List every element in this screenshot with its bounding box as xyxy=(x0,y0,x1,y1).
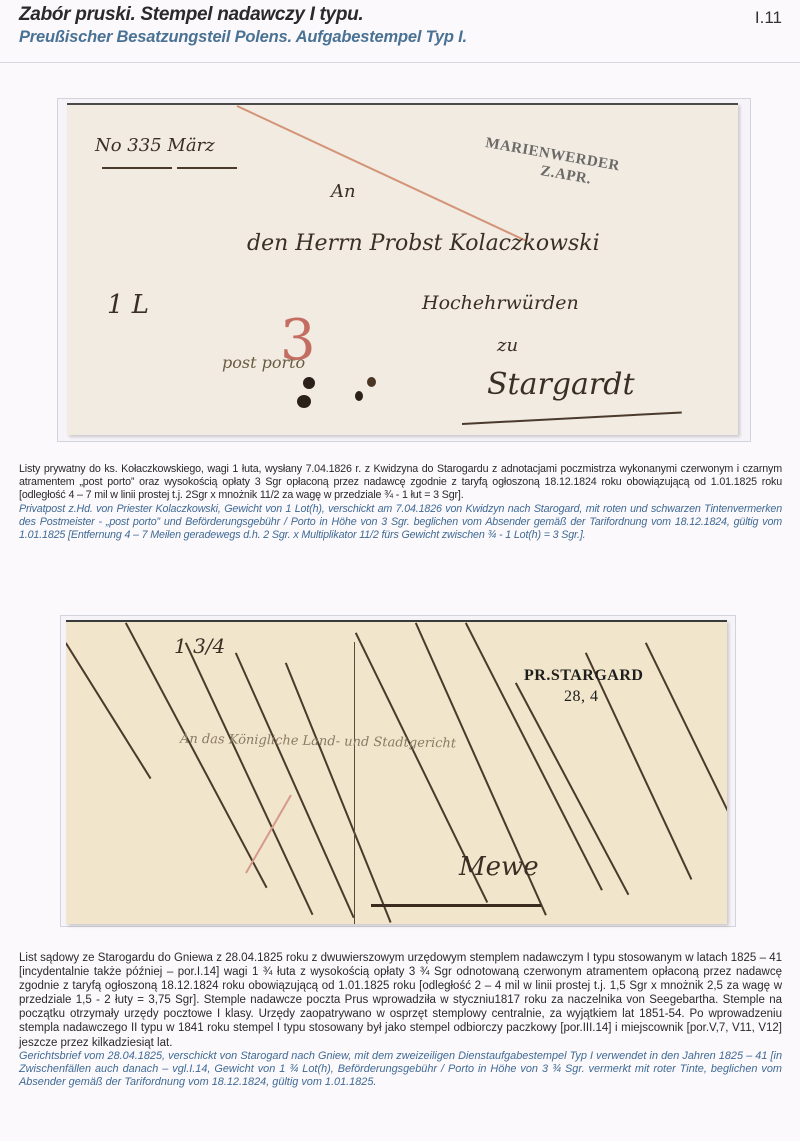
address-recipient: den Herrn Probst Kolaczkowski xyxy=(247,231,600,256)
destination-underline xyxy=(371,904,541,907)
ink-blot xyxy=(303,377,315,389)
page-subtitle-german: Preußischer Besatzungsteil Polens. Aufga… xyxy=(19,28,467,47)
cross-writing-stroke xyxy=(66,642,151,778)
red-rate-stroke xyxy=(245,795,292,874)
ink-blot xyxy=(367,377,376,387)
address-zu: zu xyxy=(497,335,518,356)
caption-letter-2: List sądowy ze Starogardu do Gniewa z 28… xyxy=(19,951,782,1090)
letter-cover-marienwerder: No 335 März MARIENWERDER Z.APR. An den H… xyxy=(67,103,738,435)
cross-writing-stroke xyxy=(645,642,727,822)
address-an: An xyxy=(331,181,356,202)
weight-mark: 1 L xyxy=(107,290,149,320)
cross-writing-stroke xyxy=(125,622,267,888)
weight-mark: 1 3/4 xyxy=(174,634,225,658)
address-line: An das Königliche Land- und Stadtgericht xyxy=(180,732,456,752)
header-divider xyxy=(0,62,800,63)
page-number: I.11 xyxy=(755,8,782,28)
red-rate-mark: 3 xyxy=(280,308,316,373)
postmark-line2: 28, 4 xyxy=(564,688,599,706)
letter-cover-pr-stargard: 1 3/4 PR.STARGARD 28, 4 An das Königlich… xyxy=(66,620,727,924)
caption-german: Privatpost z.Hd. von Priester Kolaczkows… xyxy=(19,503,782,543)
address-title: Hochehrwürden xyxy=(422,292,579,314)
ink-blot xyxy=(355,391,363,401)
address-city: Stargardt xyxy=(487,367,635,402)
postmark-line1: PR.STARGARD xyxy=(524,667,643,685)
vertical-rule xyxy=(354,642,355,924)
ink-blot xyxy=(297,395,311,408)
page-header: Zabór pruski. Stempel nadawczy I typu. P… xyxy=(0,0,800,62)
caption-german: Gerichtsbrief vom 28.04.1825, verschickt… xyxy=(19,1050,782,1090)
underline xyxy=(102,167,172,169)
caption-polish: List sądowy ze Starogardu do Gniewa z 28… xyxy=(19,951,782,1050)
red-crayon-line xyxy=(237,105,528,242)
city-underline xyxy=(462,411,682,424)
underline xyxy=(177,167,237,169)
reference-note: No 335 März xyxy=(95,135,215,156)
cross-writing-stroke xyxy=(465,622,603,890)
destination: Mewe xyxy=(459,852,539,882)
caption-polish: Listy prywatny do ks. Kołaczkowskiego, w… xyxy=(19,463,782,503)
page-title: Zabór pruski. Stempel nadawczy I typu. xyxy=(19,4,363,26)
caption-letter-1: Listy prywatny do ks. Kołaczkowskiego, w… xyxy=(19,463,782,542)
